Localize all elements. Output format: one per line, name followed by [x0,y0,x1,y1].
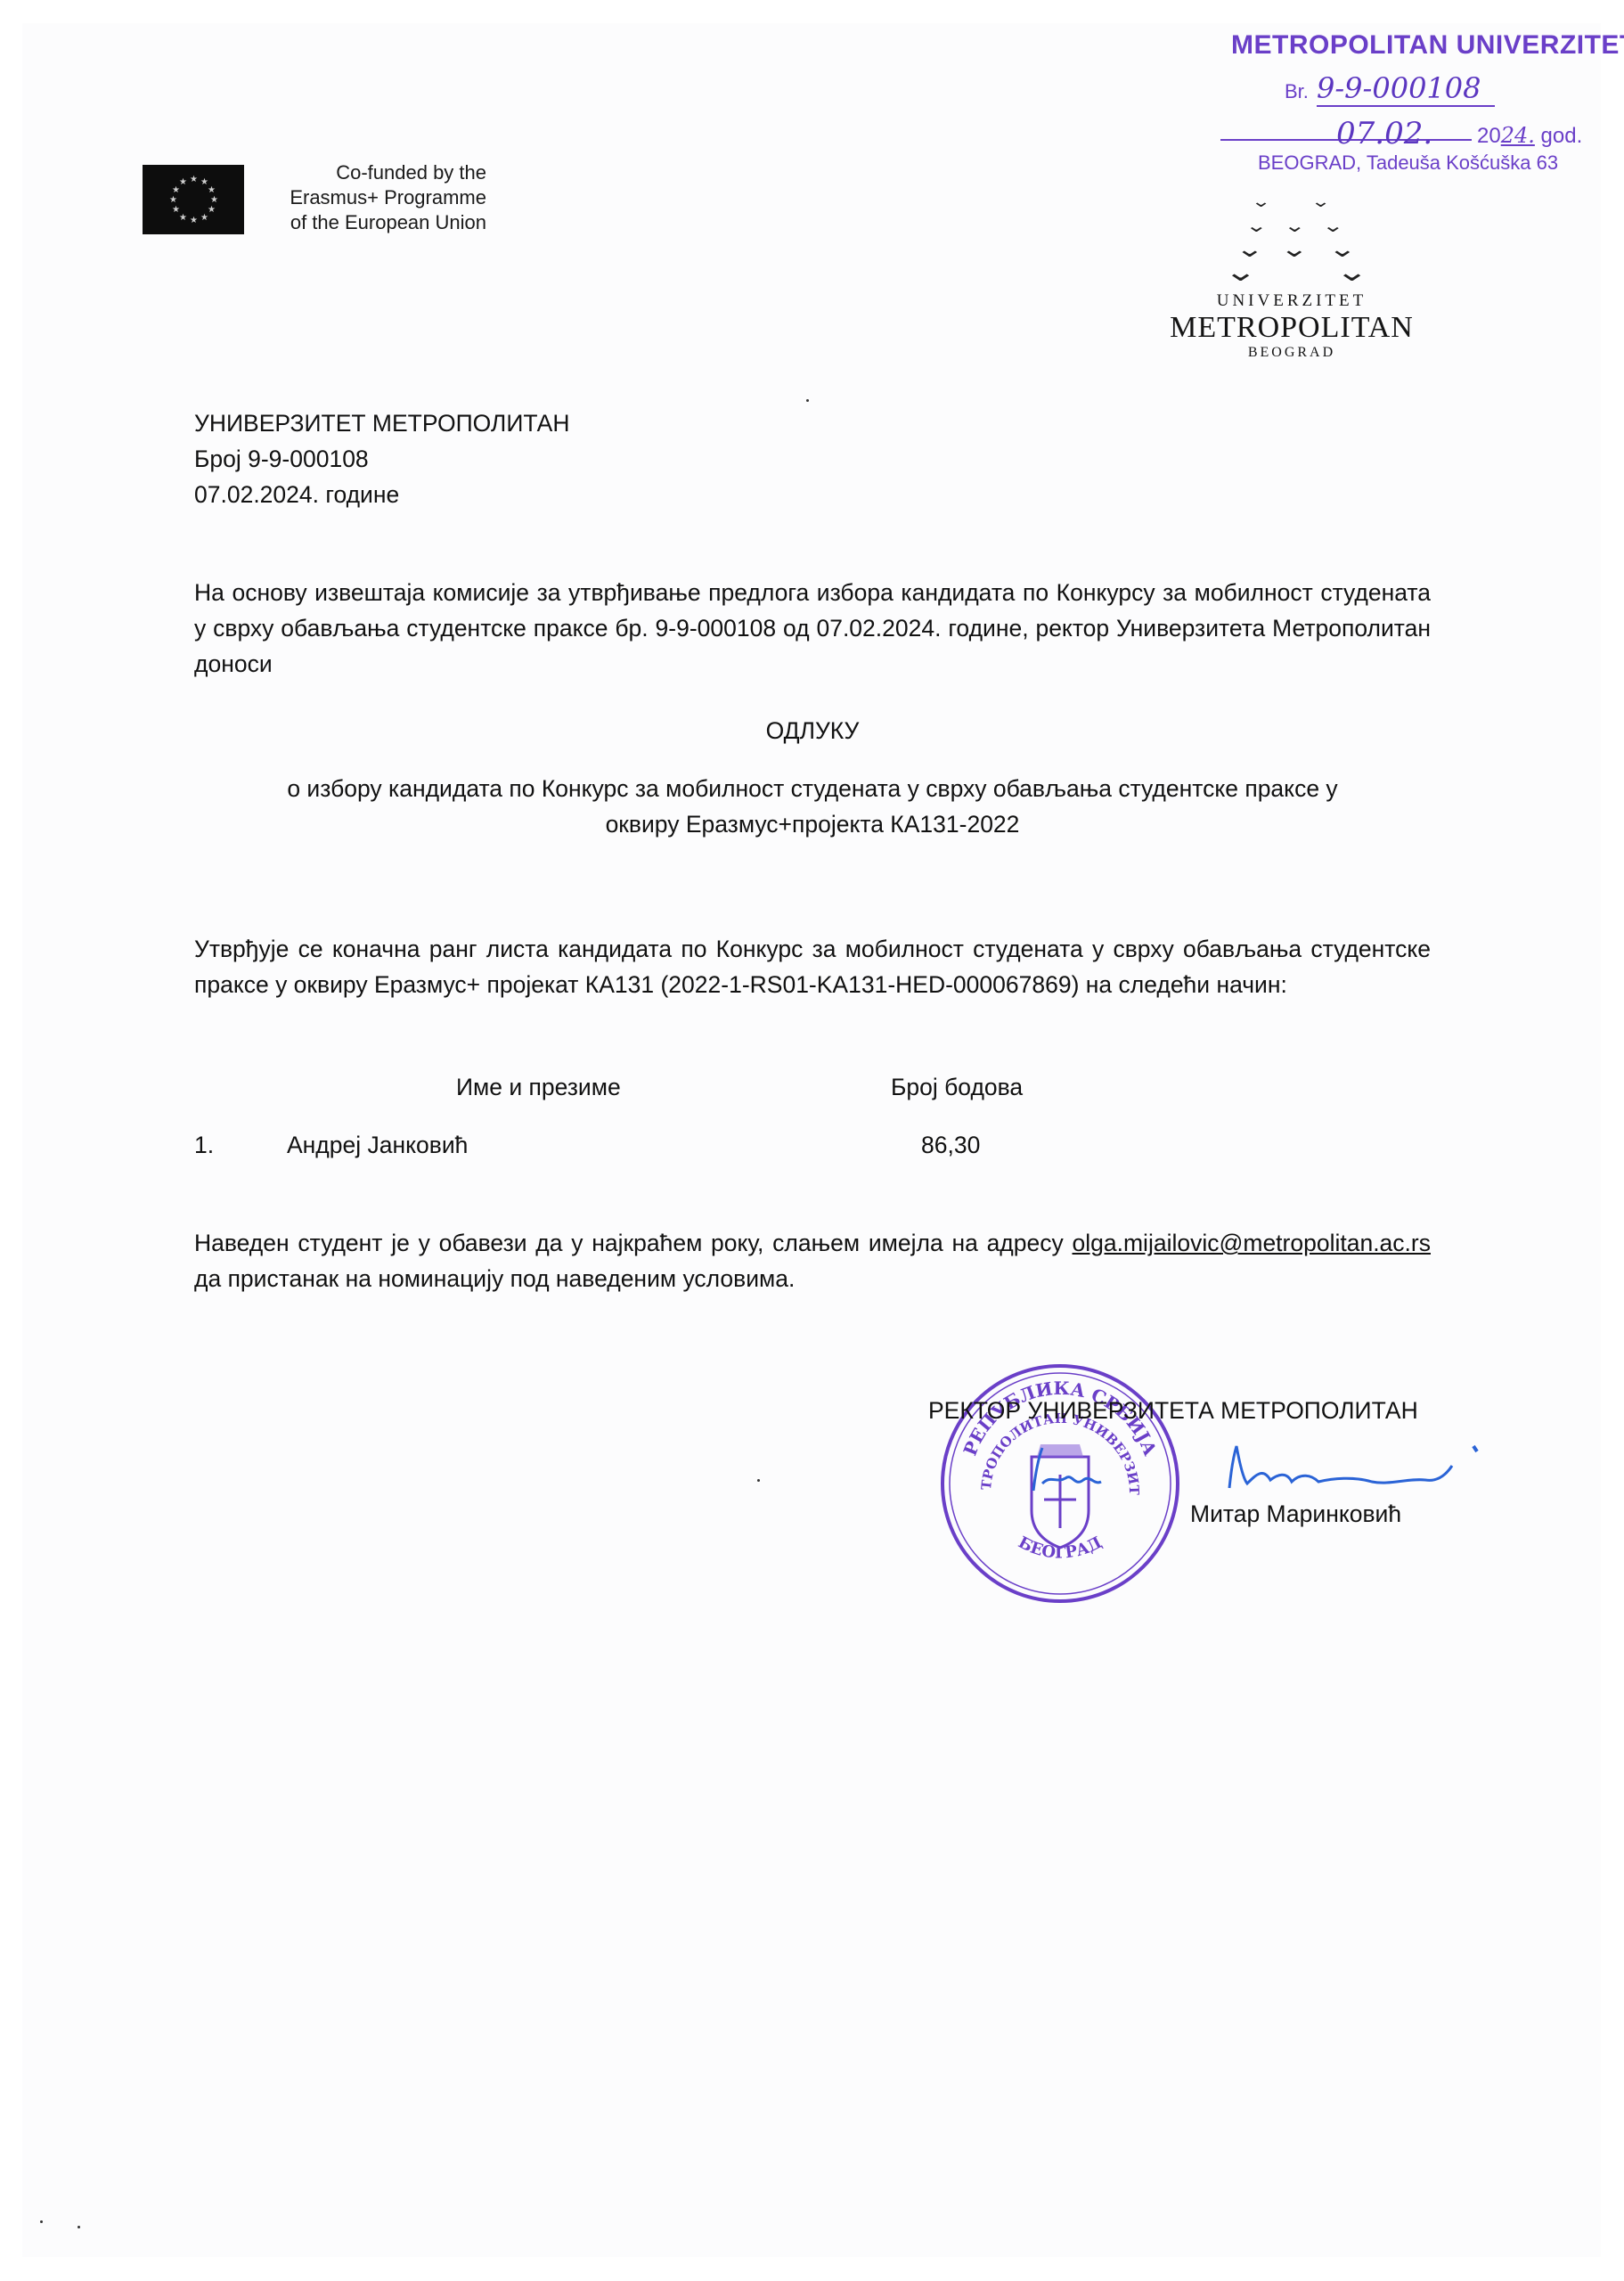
university-logo: ⌄⌄ ⌄⌄⌄ ⌄⌄⌄ ⌄⌄ UNIVERZITET METROPOLITAN B… [1167,192,1416,361]
stamp-year: 2024. god. [1477,123,1582,149]
chevrons-logo-icon: ⌄⌄ ⌄⌄⌄ ⌄⌄⌄ ⌄⌄ [1167,192,1416,284]
stamp-year-value: 24. [1501,123,1535,148]
decision-subtitle: о избору кандидата по Конкурс за мобилно… [194,771,1431,842]
scan-speck [78,2226,80,2228]
closing-text: Наведен студент је у обавези да у најкра… [194,1230,1064,1256]
stamp-date-value: 07.02. [1336,116,1432,151]
closing-text: да пристанак на номинацију под наведеним… [194,1265,795,1292]
stamp-title: METROPOLITAN UNIVERZITET [1231,30,1624,61]
signatory-name: Митар Маринковић [1190,1500,1401,1528]
institution-name: УНИВЕРЗИТЕТ МЕТРОПОЛИТАН [194,405,1431,441]
row-rank: 1. [194,1132,214,1159]
stamp-year-suffix: god. [1541,124,1583,148]
decision-title: ОДЛУКУ [194,713,1431,748]
row-name: Андреј Јанковић [287,1132,468,1159]
column-header-points: Број бодова [891,1074,1023,1101]
stamp-number-label: Br. [1285,80,1309,103]
scan-speck [757,1479,760,1482]
closing-paragraph: Наведен студент је у обавези да у најкра… [194,1225,1431,1296]
handwritten-signature [980,1439,1497,1510]
document-header: УНИВЕРЗИТЕТ МЕТРОПОЛИТАН Број 9-9-000108… [194,405,1431,512]
stamp-year-prefix: 20 [1477,124,1501,148]
intro-paragraph: На основу извештаја комисије за утврђива… [194,575,1431,682]
stamp-number-value: 9-9-000108 [1317,71,1495,107]
row-points: 86,30 [921,1132,980,1159]
logo-line-univerzitet: UNIVERZITET [1167,291,1416,311]
logo-line-metropolitan: METROPOLITAN [1167,311,1416,345]
document-date: 07.02.2024. године [194,477,1431,512]
signatory-title: РЕКТОР УНИВЕРЗИТЕТА МЕТРОПОЛИТАН [928,1397,1418,1425]
eu-text-line: of the European Union [264,210,486,235]
scan-speck [40,2220,43,2223]
email-link[interactable]: olga.mijailovic@metropolitan.ac.rs [1073,1230,1431,1256]
scan-speck [806,399,809,402]
stamp-address: BEOGRAD, Tadeuša Košćuška 63 [1258,151,1558,175]
ranking-paragraph: Утврђује се коначна ранг листа кандидата… [194,931,1431,1002]
decision-subtitle-line: оквиру Еразмус+пројекта КА131-2022 [194,806,1431,842]
document-number: Број 9-9-000108 [194,441,1431,477]
decision-subtitle-line: о избору кандидата по Конкурс за мобилно… [194,771,1431,806]
eu-flag-icon: ★ ★ ★ ★ ★ ★ ★ ★ ★ ★ ★ ★ [143,165,244,234]
column-header-name: Име и презиме [456,1074,621,1101]
eu-text-line: Erasmus+ Programme [264,185,486,210]
eu-text-line: Co-funded by the [264,160,486,185]
logo-line-beograd: BEOGRAD [1167,345,1416,361]
eu-cofunded-text: Co-funded by the Erasmus+ Programme of t… [264,160,486,235]
